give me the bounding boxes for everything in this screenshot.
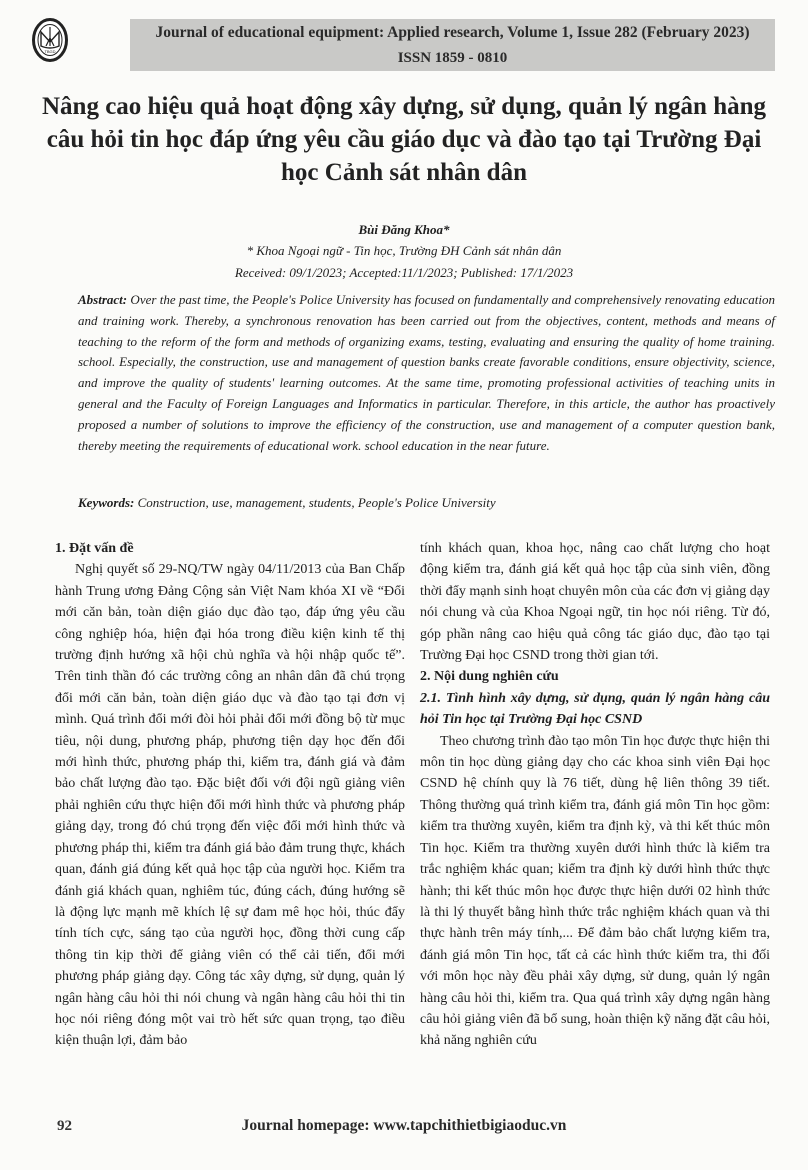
- abstract-label: Abstract:: [78, 292, 127, 307]
- paragraph: Theo chương trình đào tạo môn Tin học đư…: [420, 731, 770, 1052]
- journal-homepage: Journal homepage: www.tapchithietbigiaod…: [0, 1117, 808, 1135]
- section-2-heading: 2. Nội dung nghiên cứu: [420, 666, 770, 687]
- abstract: Abstract: Over the past time, the People…: [78, 290, 775, 456]
- author-affiliation: * Khoa Ngoại ngữ - Tin học, Trường ĐH Cả…: [0, 242, 808, 260]
- journal-header-band: Journal of educational equipment: Applie…: [130, 19, 775, 71]
- paragraph: Nghị quyết số 29-NQ/TW ngày 04/11/2013 c…: [55, 559, 405, 1051]
- keywords-text: Construction, use, management, students,…: [134, 495, 495, 510]
- body-column-right: tính khách quan, khoa học, nâng cao chất…: [420, 538, 770, 1052]
- issn: ISSN 1859 - 0810: [130, 48, 775, 68]
- keywords: Keywords: Construction, use, management,…: [78, 493, 775, 513]
- abstract-text: Over the past time, the People's Police …: [78, 292, 775, 453]
- journal-logo-icon: TBGD: [32, 18, 68, 62]
- keywords-label: Keywords:: [78, 495, 134, 510]
- subsection-2-1-heading: 2.1. Tình hình xây dựng, sử dụng, quản l…: [420, 688, 770, 731]
- body-column-left: 1. Đặt vấn đề Nghị quyết số 29-NQ/TW ngà…: [55, 538, 405, 1052]
- article-dates: Received: 09/1/2023; Accepted:11/1/2023;…: [0, 264, 808, 282]
- article-title: Nâng cao hiệu quả hoạt động xây dựng, sử…: [40, 90, 768, 189]
- paragraph-continued: tính khách quan, khoa học, nâng cao chất…: [420, 538, 770, 666]
- section-1-heading: 1. Đặt vấn đề: [55, 538, 405, 559]
- article-author: Bùi Đăng Khoa*: [0, 221, 808, 239]
- svg-text:TBGD: TBGD: [44, 49, 55, 54]
- journal-citation: Journal of educational equipment: Applie…: [130, 19, 775, 43]
